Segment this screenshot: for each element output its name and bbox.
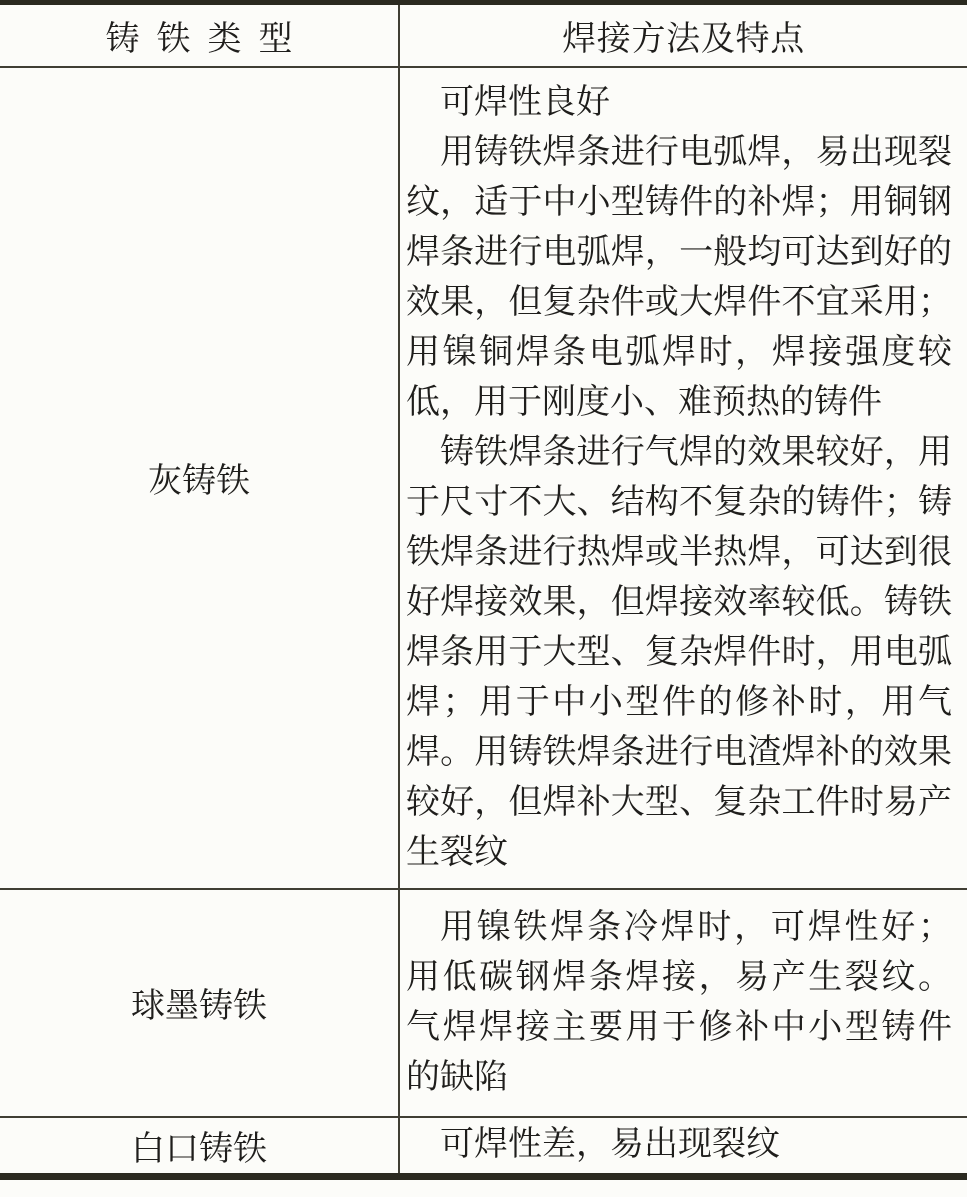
text-line: 纹，适于中小型铸件的补焊；用铜钢: [406, 178, 952, 228]
welding-method-cell: 用镍铁焊条冷焊时，可焊性好；用低碳钢焊条焊接，易产生裂纹。气焊焊接主要用于修补中…: [399, 889, 967, 1117]
text-line: 焊。用铸铁焊条进行电渣焊补的效果: [406, 728, 952, 778]
text-line: 用铸铁焊条进行电弧焊，易出现裂: [406, 128, 952, 178]
table-row-ductile-cast-iron: 球墨铸铁 用镍铁焊条冷焊时，可焊性好；用低碳钢焊条焊接，易产生裂纹。气焊焊接主要…: [0, 889, 967, 1117]
table-row-white-cast-iron: 白口铸铁 可焊性差，易出现裂纹: [0, 1117, 967, 1177]
paragraph: 用铸铁焊条进行电弧焊，易出现裂纹，适于中小型铸件的补焊；用铜钢焊条进行电弧焊，一…: [406, 128, 952, 428]
document-page: 铸铁类型 焊接方法及特点 灰铸铁 可焊性良好 用铸铁焊条进行电弧焊，易出现裂纹，…: [0, 0, 967, 1197]
paragraph: 用镍铁焊条冷焊时，可焊性好；用低碳钢焊条焊接，易产生裂纹。气焊焊接主要用于修补中…: [406, 903, 952, 1103]
text-line: 好焊接效果，但焊接效率较低。铸铁: [406, 578, 952, 628]
welding-method-cell: 可焊性差，易出现裂纹: [399, 1117, 967, 1177]
text-line: 生裂纹: [406, 828, 952, 878]
cast-iron-type-label: 灰铸铁: [0, 67, 399, 889]
text-line: 用镍铜焊条电弧焊时，焊接强度较: [406, 328, 952, 378]
paragraph: 可焊性差，易出现裂纹: [406, 1120, 952, 1170]
table-row-gray-cast-iron: 灰铸铁 可焊性良好 用铸铁焊条进行电弧焊，易出现裂纹，适于中小型铸件的补焊；用铜…: [0, 67, 967, 889]
paragraph: 铸铁焊条进行气焊的效果较好，用于尺寸不大、结构不复杂的铸件；铸铁焊条进行热焊或半…: [406, 428, 952, 878]
cast-iron-type-label: 球墨铸铁: [0, 889, 399, 1117]
text-line: 焊；用于中小型件的修补时，用气: [406, 678, 952, 728]
column-header-welding-method: 焊接方法及特点: [399, 3, 967, 67]
header-row: 铸铁类型 焊接方法及特点: [0, 3, 967, 67]
text-line: 的缺陷: [406, 1053, 952, 1103]
text-line: 效果，但复杂件或大焊件不宜采用；: [406, 278, 952, 328]
text-line: 用镍铁焊条冷焊时，可焊性好；: [406, 903, 952, 953]
text-line: 气焊焊接主要用于修补中小型铸件: [406, 1003, 952, 1053]
text-line: 可焊性差，易出现裂纹: [406, 1120, 952, 1170]
text-line: 于尺寸不大、结构不复杂的铸件；铸: [406, 478, 952, 528]
column-header-cast-iron-type: 铸铁类型: [0, 3, 399, 67]
text-line: 焊条用于大型、复杂焊件时，用电弧: [406, 628, 952, 678]
paragraph: 可焊性良好: [406, 78, 952, 128]
text-line: 较好，但焊补大型、复杂工件时易产: [406, 778, 952, 828]
text-line: 铁焊条进行热焊或半热焊，可达到很: [406, 528, 952, 578]
text-line: 铸铁焊条进行气焊的效果较好，用: [406, 428, 952, 478]
text-line: 可焊性良好: [406, 78, 952, 128]
welding-method-cell: 可焊性良好 用铸铁焊条进行电弧焊，易出现裂纹，适于中小型铸件的补焊；用铜钢焊条进…: [399, 67, 967, 889]
cast-iron-welding-table: 铸铁类型 焊接方法及特点 灰铸铁 可焊性良好 用铸铁焊条进行电弧焊，易出现裂纹，…: [0, 0, 967, 1180]
text-line: 用低碳钢焊条焊接，易产生裂纹。: [406, 953, 952, 1003]
text-line: 焊条进行电弧焊，一般均可达到好的: [406, 228, 952, 278]
cast-iron-type-label: 白口铸铁: [0, 1117, 399, 1177]
text-line: 低，用于刚度小、难预热的铸件: [406, 378, 952, 428]
